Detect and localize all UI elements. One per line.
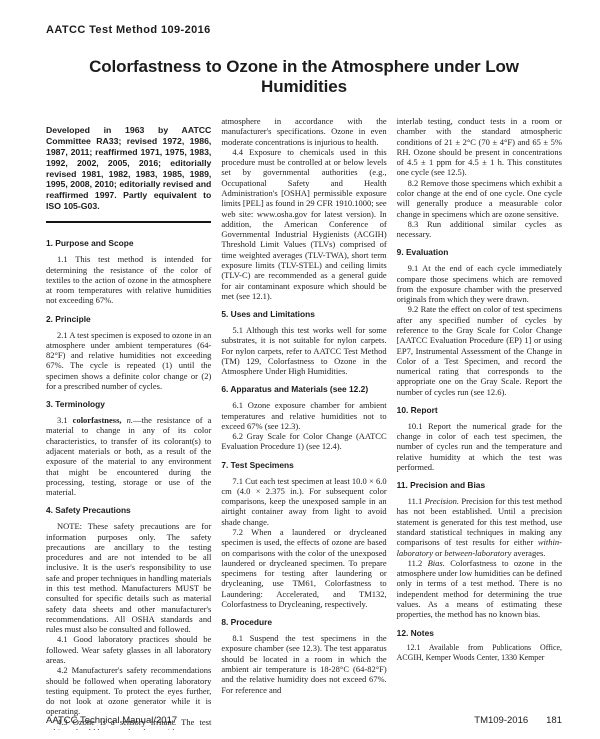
text-segment: or (433, 548, 444, 558)
paragraph: 7.1 Cut each test specimen at least 10.0… (221, 476, 386, 527)
paragraph: NOTE: These safety precautions are for i… (46, 521, 211, 634)
section-heading: 7. Test Specimens (221, 461, 386, 471)
column-2: atmosphere in accordance with the manufa… (221, 116, 386, 730)
footer-manual-label: AATCC Technical Manual/2017 (46, 715, 177, 726)
paragraph: 4.2 Manufacturer's safety recommendation… (46, 665, 211, 716)
column-1: Developed in 1963 by AATCC Committee RA3… (46, 116, 211, 730)
text-segment: colorfastness, (73, 415, 122, 425)
text-segment: Precision. (425, 496, 459, 506)
text-segment: —the resistance of a material to change … (46, 415, 211, 497)
page-title: Colorfastness to Ozone in the Atmosphere… (46, 57, 562, 97)
section-heading: 4. Safety Precautions (46, 506, 211, 516)
paragraph: 12.1 Available from Publications Office,… (397, 643, 562, 663)
paragraph: atmosphere in accordance with the manufa… (221, 116, 386, 147)
paragraph: 8.2 Remove those specimens which exhibit… (397, 178, 562, 219)
paragraph: interlab testing, conduct tests in a roo… (397, 116, 562, 178)
section-heading: 6. Apparatus and Materials (see 12.2) (221, 385, 386, 395)
history-paragraph: Developed in 1963 by AATCC Committee RA3… (46, 125, 211, 213)
paragraph: 9.2 Rate the effect on color of test spe… (397, 304, 562, 397)
paragraph: 11.1 Precision. Precision for this test … (397, 496, 562, 558)
document-page: AATCC Test Method 109-2016 Colorfastness… (0, 0, 600, 739)
paragraph: 3.1 colorfastness, n.—the resistance of … (46, 415, 211, 497)
paragraph: 6.2 Gray Scale for Color Change (AATCC E… (221, 431, 386, 452)
section-heading: 12. Notes (397, 629, 562, 639)
section-heading: 3. Terminology (46, 400, 211, 410)
paragraph: 11.2 Bias. Colorfastness to ozone in the… (397, 558, 562, 620)
page-footer: AATCC Technical Manual/2017 TM109-2016 1… (46, 715, 562, 726)
footer-doc-code: TM109-2016 (474, 715, 528, 726)
section-heading: 2. Principle (46, 315, 211, 325)
section-heading: 10. Report (397, 406, 562, 416)
paragraph: 8.1 Suspend the test specimens in the ex… (221, 633, 386, 695)
text-segment: Bias. (428, 558, 445, 568)
paragraph: 8.3 Run additional similar cycles as nec… (397, 219, 562, 240)
paragraph: 1.1 This test method is intended for det… (46, 254, 211, 305)
footer-right-group: TM109-2016 181 (474, 715, 562, 726)
column-3: interlab testing, conduct tests in a roo… (397, 116, 562, 730)
section-heading: 1. Purpose and Scope (46, 239, 211, 249)
section-heading: 9. Evaluation (397, 248, 562, 258)
text-segment: 11.2 (408, 558, 428, 568)
paragraph: 7.2 When a laundered or drycleaned speci… (221, 527, 386, 609)
text-segment: n. (122, 415, 133, 425)
section-heading: 11. Precision and Bias (397, 481, 562, 491)
paragraph: 5.1 Although this test works well for so… (221, 325, 386, 376)
section-heading: 8. Procedure (221, 618, 386, 628)
text-segment: 11.1 (408, 496, 425, 506)
text-segment: 3.1 (57, 415, 73, 425)
text-segment: between-laboratory (444, 548, 511, 558)
doc-number: AATCC Test Method 109-2016 (46, 24, 562, 36)
columns-container: Developed in 1963 by AATCC Committee RA3… (46, 116, 562, 730)
paragraph: 4.4 Exposure to chemicals used in this p… (221, 147, 386, 301)
text-segment: averages. (511, 548, 545, 558)
section-heading: 5. Uses and Limitations (221, 310, 386, 320)
paragraph: 9.1 At the end of each cycle immediately… (397, 263, 562, 304)
paragraph: 6.1 Ozone exposure chamber for ambient t… (221, 400, 386, 431)
paragraph: 2.1 A test specimen is exposed to ozone … (46, 330, 211, 392)
paragraph: 10.1 Report the numerical grade for the … (397, 421, 562, 472)
divider-rule (46, 221, 211, 223)
paragraph: 4.1 Good laboratory practices should be … (46, 634, 211, 665)
footer-page-number: 181 (546, 715, 562, 726)
